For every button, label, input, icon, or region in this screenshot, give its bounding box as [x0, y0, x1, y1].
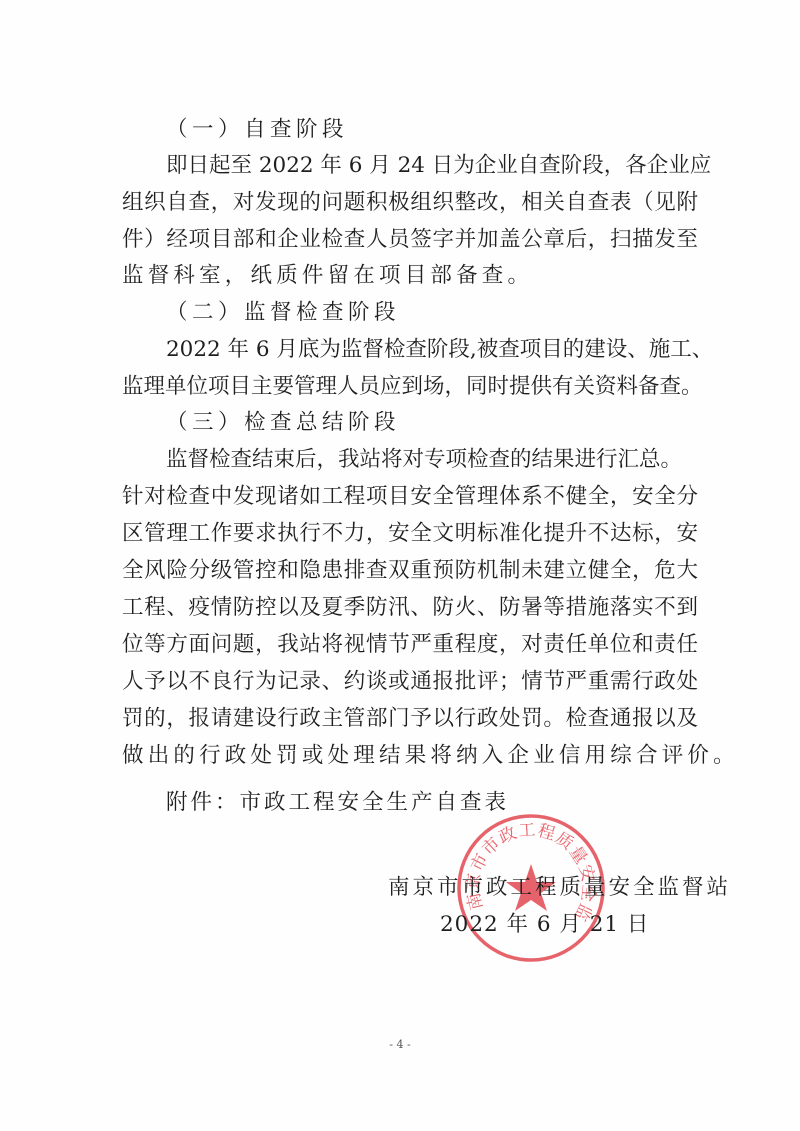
paragraph-line: 监督检查结束后，我站将对专项检查的结果进行汇总。: [166, 447, 676, 473]
paragraph-line: 人予以不良行为记录、约谈或通报批评；情节严重需行政处: [122, 669, 698, 695]
document-page: （一）自查阶段 即日起至 2022 年 6 月 24 日为企业自查阶段，各企业应…: [0, 0, 800, 1131]
section-heading-1: （一）自查阶段: [166, 117, 746, 143]
paragraph-line: 组织自查，对发现的问题积极组织整改，相关自查表（见附: [122, 190, 698, 216]
signing-organization: 南京市市政工程质量安全监督站: [388, 870, 731, 901]
paragraph-line: 件）经项目部和企业检查人员签字并加盖公章后，扫描发至: [122, 227, 698, 253]
paragraph-line: 监督科室，纸质件留在项目部备查。: [122, 263, 702, 289]
section-heading-2: （二）监督检查阶段: [166, 300, 746, 326]
paragraph-line: 全风险分级管控和隐患排查双重预防机制未建立健全，危大: [122, 558, 698, 584]
paragraph-line: 做出的行政处罚或处理结果将纳入企业信用综合评价。: [122, 743, 702, 769]
paragraph-line: 工程、疫情防控以及夏季防汛、防火、防暑等措施落实不到: [122, 595, 698, 621]
paragraph-line: 区管理工作要求执行不力，安全文明标准化提升不达标，安: [122, 521, 698, 547]
paragraph-line: 罚的，报请建设行政主管部门予以行政处罚。检查通报以及: [122, 706, 698, 732]
page-number: - 4 -: [0, 1038, 800, 1051]
signing-date: 2022 年 6 月 21 日: [440, 907, 649, 938]
paragraph-line: 2022 年 6 月底为监督检查阶段,被查项目的建设、施工、: [166, 337, 684, 363]
section-heading-3: （三）检查总结阶段: [166, 410, 746, 436]
paragraph-line: 位等方面问题，我站将视情节严重程度，对责任单位和责任: [122, 632, 698, 658]
paragraph-line: 即日起至 2022 年 6 月 24 日为企业自查阶段，各企业应: [166, 153, 698, 179]
paragraph-line: 监理单位项目主要管理人员应到场，同时提供有关资料备查。: [122, 374, 698, 400]
attachment-line: 附件：市政工程安全生产自查表: [166, 790, 746, 816]
paragraph-line: 针对检查中发现诸如工程项目安全管理体系不健全，安全分: [122, 484, 698, 510]
